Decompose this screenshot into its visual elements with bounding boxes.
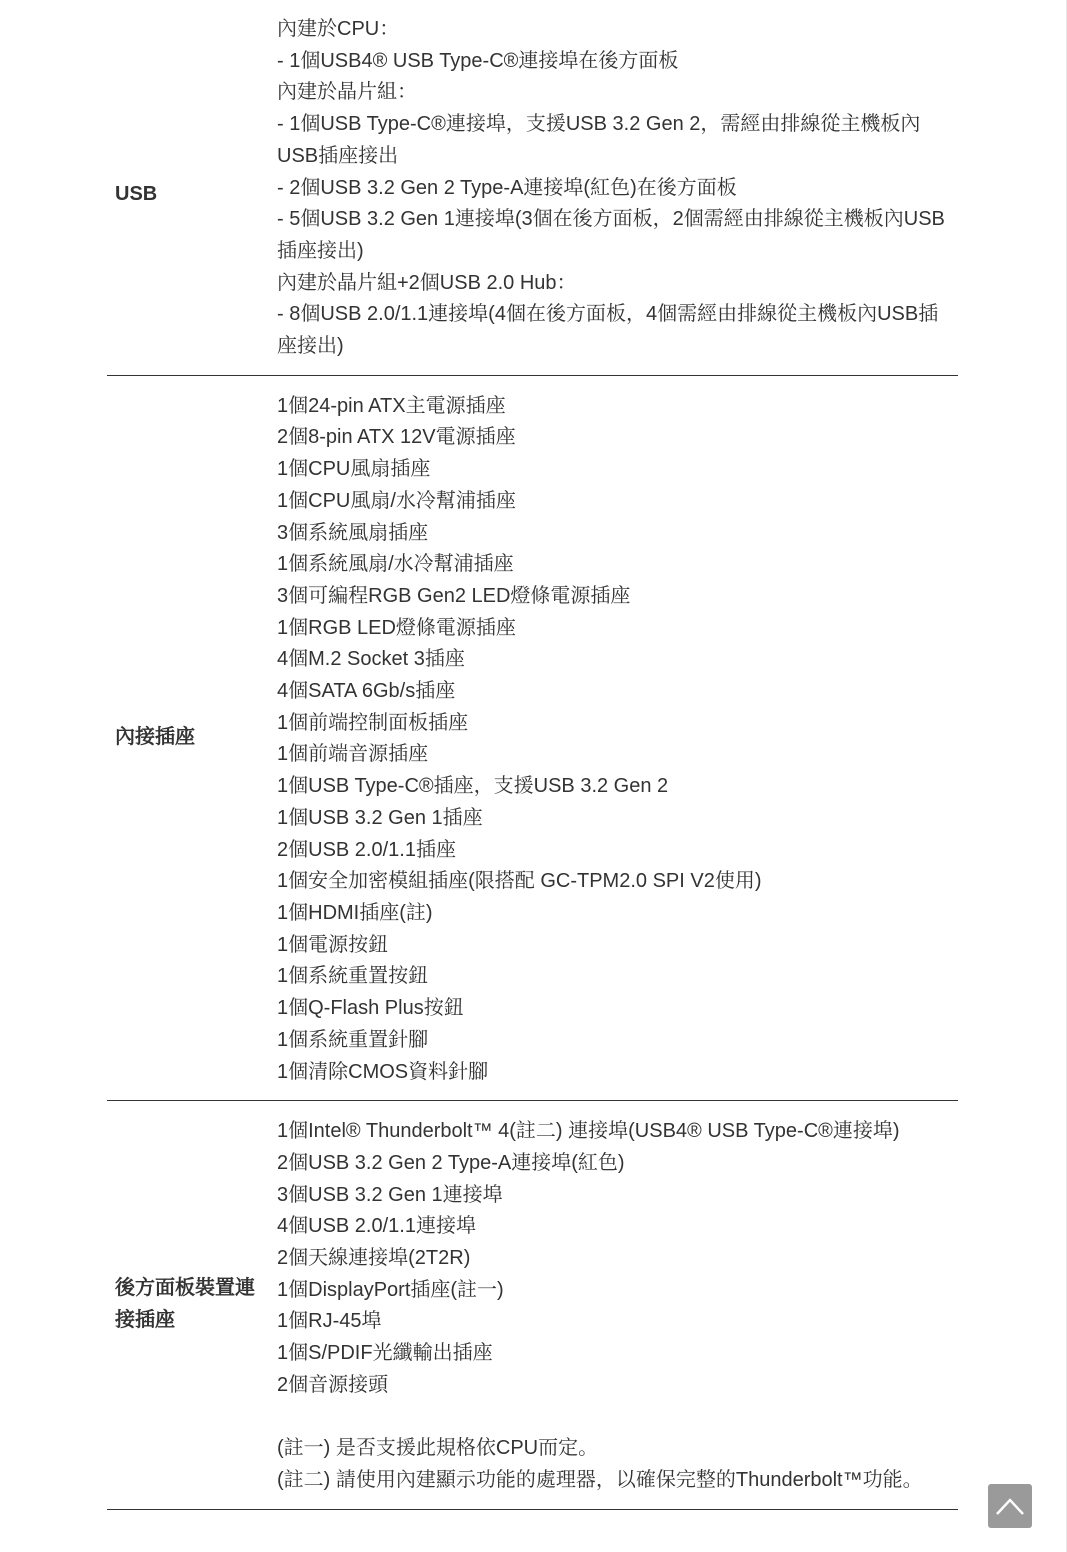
- spec-line: 1個Q-Flash Plus按鈕: [277, 993, 958, 1025]
- spec-table: USB 內建於CPU： - 1個USB4® USB Type-C®連接埠在後方面…: [107, 14, 958, 1510]
- spec-line: 內建於晶片組：: [277, 77, 958, 109]
- spec-line: 2個USB 3.2 Gen 2 Type-A連接埠(紅色): [277, 1148, 958, 1180]
- spec-line: 1個系統風扇/水冷幫浦插座: [277, 549, 958, 581]
- footnote-2: (註二) 請使用內建顯示功能的處理器，以確保完整的Thunderbolt™功能。: [277, 1465, 958, 1497]
- chevron-up-icon: [995, 1496, 1025, 1516]
- back-to-top-button[interactable]: [988, 1484, 1032, 1528]
- spec-line: 1個Intel® Thunderbolt™ 4(註二) 連接埠(USB4® US…: [277, 1116, 958, 1148]
- spec-line: 1個前端控制面板插座: [277, 708, 958, 740]
- spec-line: 4個USB 2.0/1.1連接埠: [277, 1211, 958, 1243]
- spec-line: 內建於晶片組+2個USB 2.0 Hub：: [277, 268, 958, 300]
- spec-line-blank: [277, 1402, 958, 1434]
- spec-line: 2個音源接頭: [277, 1370, 958, 1402]
- spec-line: 3個可編程RGB Gen2 LED燈條電源插座: [277, 581, 958, 613]
- spec-value-internal-connectors: 1個24-pin ATX主電源插座 2個8-pin ATX 12V電源插座 1個…: [277, 376, 958, 1100]
- spec-line: 3個系統風扇插座: [277, 518, 958, 550]
- spec-line: - 1個USB4® USB Type-C®連接埠在後方面板: [277, 46, 958, 78]
- spec-line: 1個系統重置按鈕: [277, 961, 958, 993]
- spec-line: 3個USB 3.2 Gen 1連接埠: [277, 1180, 958, 1212]
- spec-line: 4個M.2 Socket 3插座: [277, 644, 958, 676]
- spec-line: 1個安全加密模組插座(限搭配 GC-TPM2.0 SPI V2使用): [277, 866, 958, 898]
- spec-line: 1個DisplayPort插座(註一): [277, 1275, 958, 1307]
- spec-line: 4個SATA 6Gb/s插座: [277, 676, 958, 708]
- spec-value-back-panel: 1個Intel® Thunderbolt™ 4(註二) 連接埠(USB4® US…: [277, 1101, 958, 1508]
- spec-line: 1個HDMI插座(註): [277, 898, 958, 930]
- spec-line: 1個前端音源插座: [277, 739, 958, 771]
- spec-line: - 8個USB 2.0/1.1連接埠(4個在後方面板，4個需經由排線從主機板內U…: [277, 299, 958, 362]
- spec-line: 1個USB 3.2 Gen 1插座: [277, 803, 958, 835]
- spec-label-usb: USB: [107, 179, 277, 211]
- spec-line: 2個8-pin ATX 12V電源插座: [277, 422, 958, 454]
- spec-line: 內建於CPU：: [277, 14, 958, 46]
- spec-label-internal-connectors: 內接插座: [107, 722, 277, 754]
- spec-line: 2個USB 2.0/1.1插座: [277, 835, 958, 867]
- spec-line: - 2個USB 3.2 Gen 2 Type-A連接埠(紅色)在後方面板: [277, 173, 958, 205]
- spec-line: 1個S/PDIF光纖輸出插座: [277, 1338, 958, 1370]
- spec-line: 1個CPU風扇插座: [277, 454, 958, 486]
- spec-line: 1個電源按鈕: [277, 930, 958, 962]
- spec-line: - 1個USB Type-C®連接埠，支援USB 3.2 Gen 2，需經由排線…: [277, 109, 958, 172]
- spec-line: 1個清除CMOS資料針腳: [277, 1057, 958, 1089]
- spec-line: 1個24-pin ATX主電源插座: [277, 391, 958, 423]
- spec-value-usb: 內建於CPU： - 1個USB4® USB Type-C®連接埠在後方面板 內建…: [277, 14, 958, 375]
- spec-line: 1個USB Type-C®插座，支援USB 3.2 Gen 2: [277, 771, 958, 803]
- spec-line: 1個系統重置針腳: [277, 1025, 958, 1057]
- footnote-1: (註一) 是否支援此規格依CPU而定。: [277, 1433, 958, 1465]
- spec-line: 2個天線連接埠(2T2R): [277, 1243, 958, 1275]
- spec-line: 1個RJ-45埠: [277, 1306, 958, 1338]
- spec-line: 1個CPU風扇/水冷幫浦插座: [277, 486, 958, 518]
- spec-line: - 5個USB 3.2 Gen 1連接埠(3個在後方面板，2個需經由排線從主機板…: [277, 204, 958, 267]
- spec-row-usb: USB 內建於CPU： - 1個USB4® USB Type-C®連接埠在後方面…: [107, 14, 958, 376]
- spec-label-back-panel: 後方面板裝置連接插座: [107, 1273, 277, 1336]
- spec-row-internal-connectors: 內接插座 1個24-pin ATX主電源插座 2個8-pin ATX 12V電源…: [107, 376, 958, 1101]
- spec-line: 1個RGB LED燈條電源插座: [277, 613, 958, 645]
- spec-row-back-panel: 後方面板裝置連接插座 1個Intel® Thunderbolt™ 4(註二) 連…: [107, 1101, 958, 1509]
